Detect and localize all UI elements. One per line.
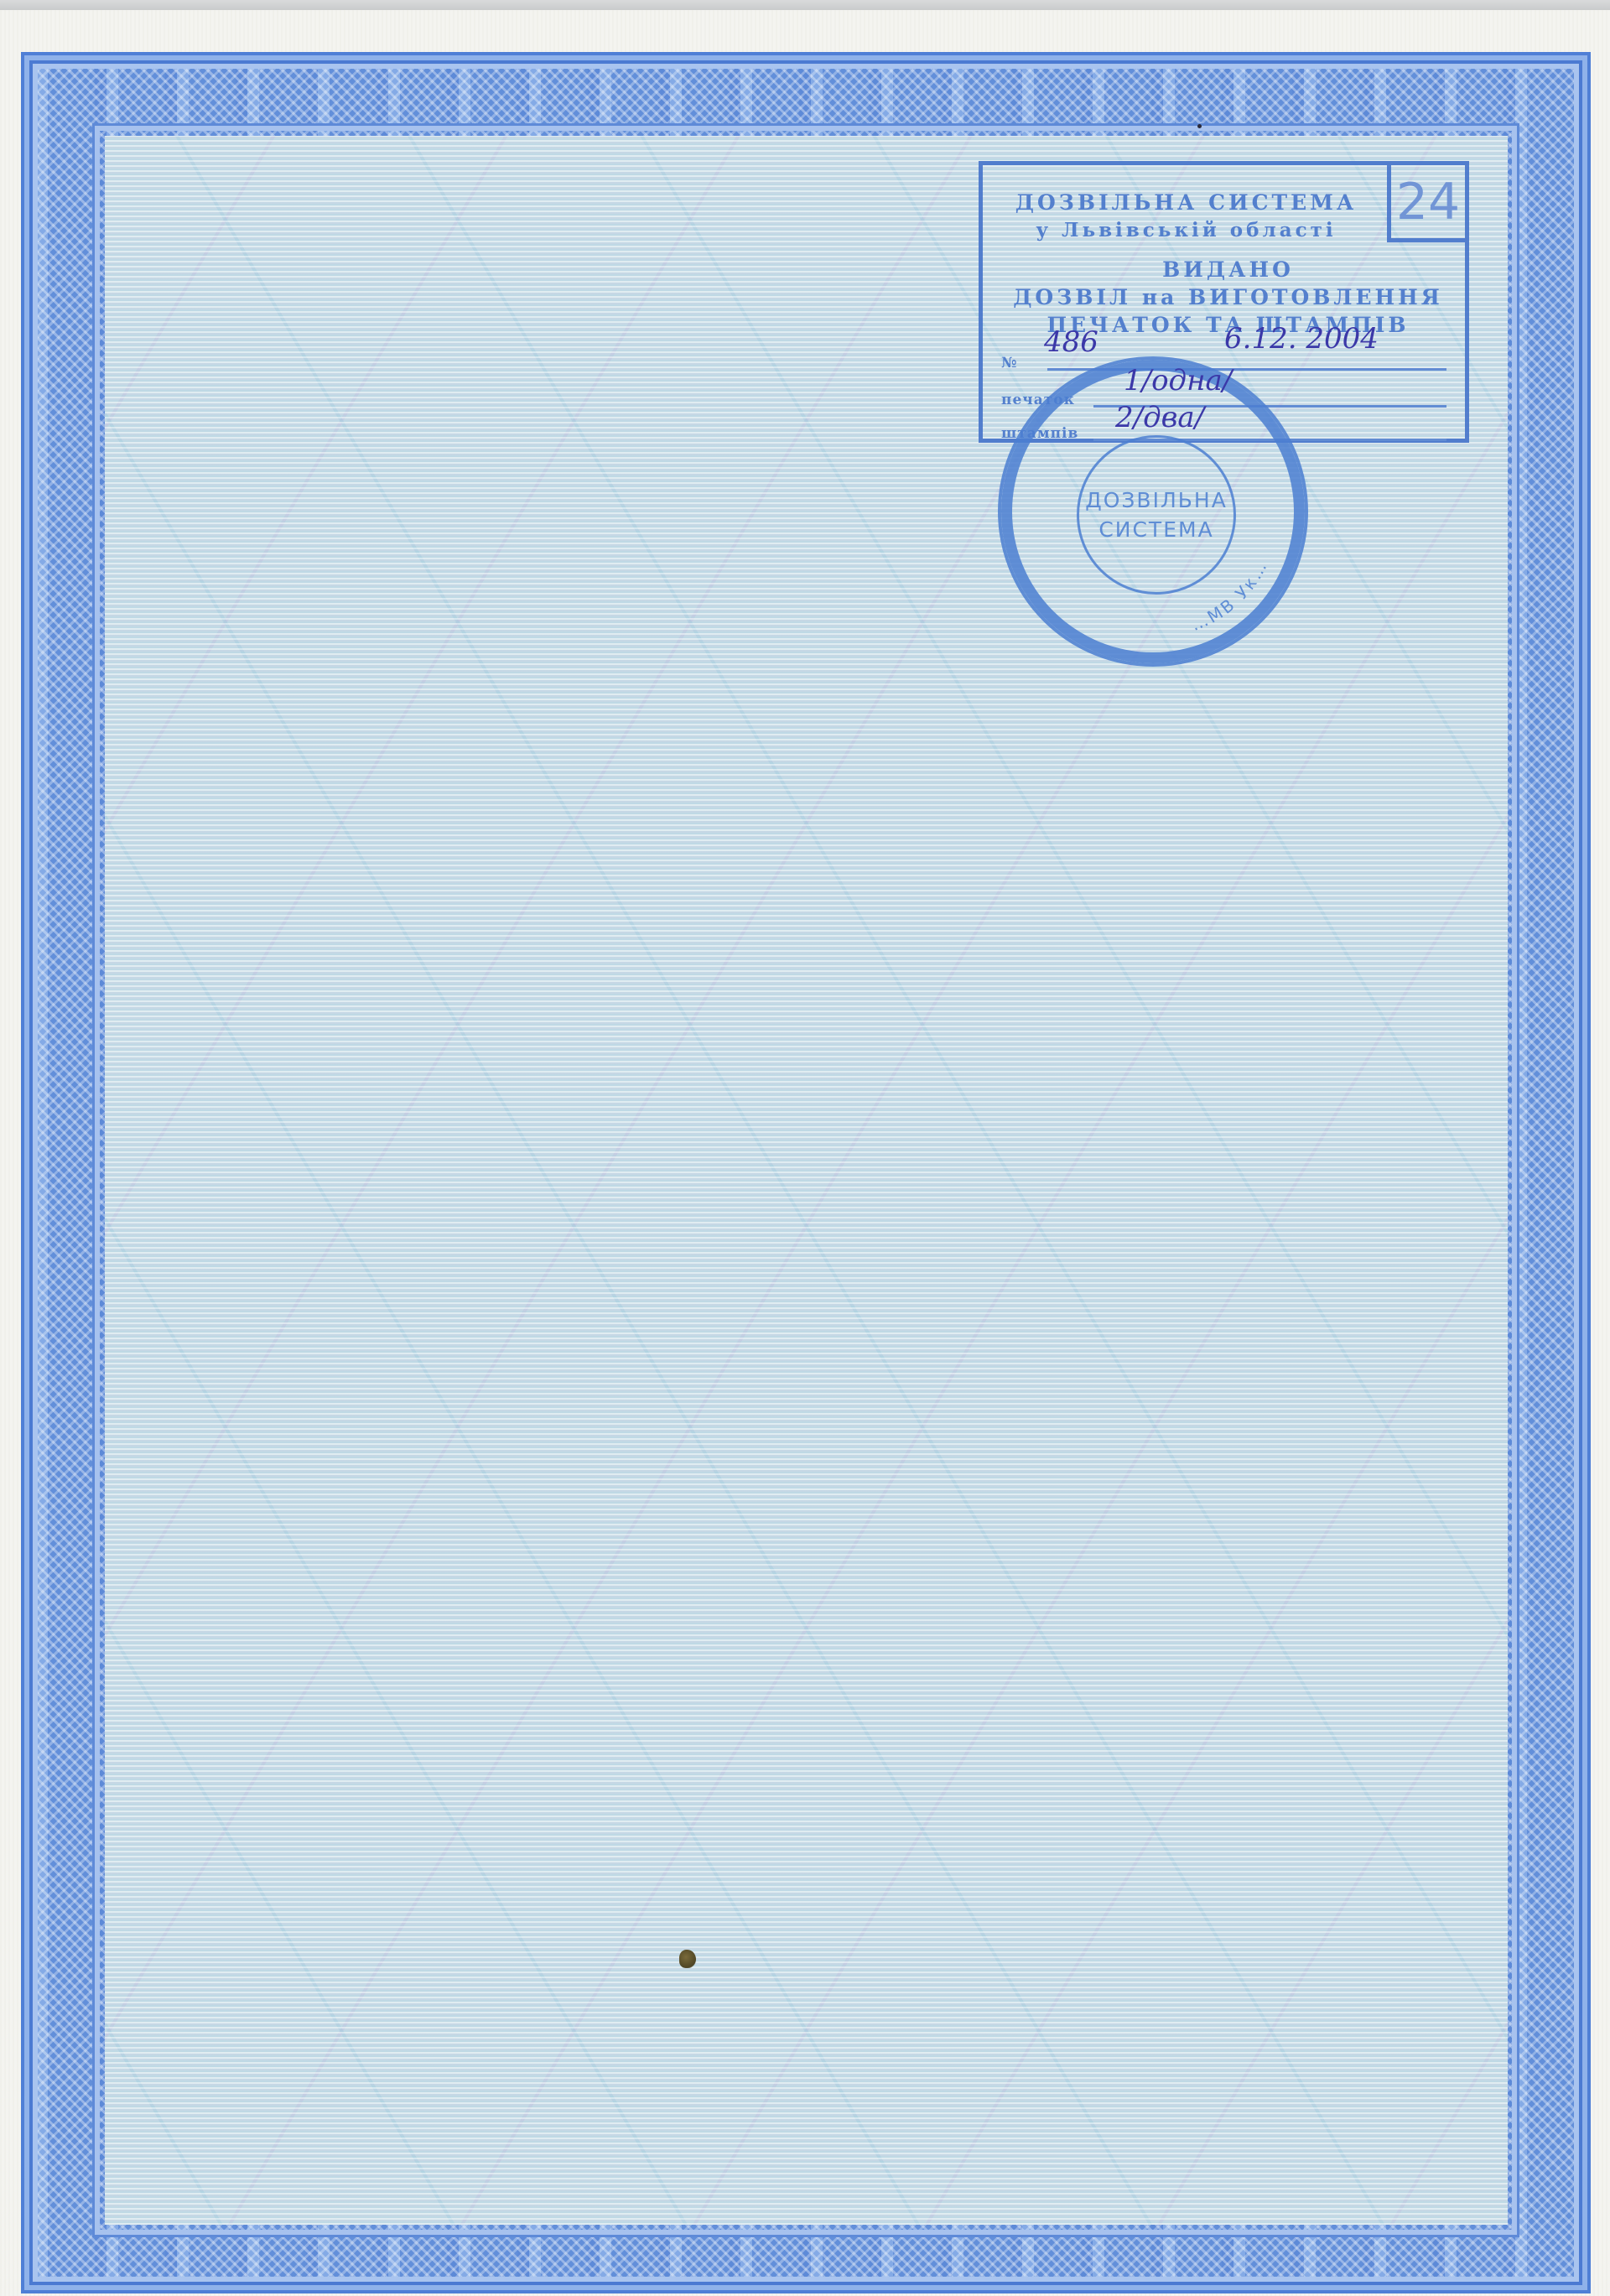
seal-center-line1: ДОЗВІЛЬНА: [1085, 486, 1228, 515]
stamp-title: ДОЗВІЛЬНА СИСТЕМА: [983, 190, 1389, 215]
stamp-number: 24: [1396, 173, 1460, 231]
handwritten-stamps-count: 2/два/: [1115, 401, 1204, 434]
seal-center-line2: СИСТЕМА: [1098, 515, 1213, 544]
handwritten-number: 486: [1044, 325, 1098, 359]
scan-top-edge: [0, 0, 1610, 10]
handwritten-seals-count: 1/одна/: [1124, 364, 1232, 397]
stamp-number-box: 24: [1387, 161, 1469, 242]
ink-speck: [1197, 124, 1202, 128]
stamp-issued: ВИДАНО: [983, 257, 1473, 282]
stamp-permit-text: ДОЗВІЛ на ВИГОТОВЛЕННЯ: [983, 285, 1473, 309]
stamp-region: у Львівській області: [983, 219, 1389, 242]
paper-stain: [679, 1950, 696, 1968]
handwritten-date: 6.12. 2004: [1224, 322, 1379, 356]
seal-center: ДОЗВІЛЬНА СИСТЕМА: [1077, 435, 1236, 595]
